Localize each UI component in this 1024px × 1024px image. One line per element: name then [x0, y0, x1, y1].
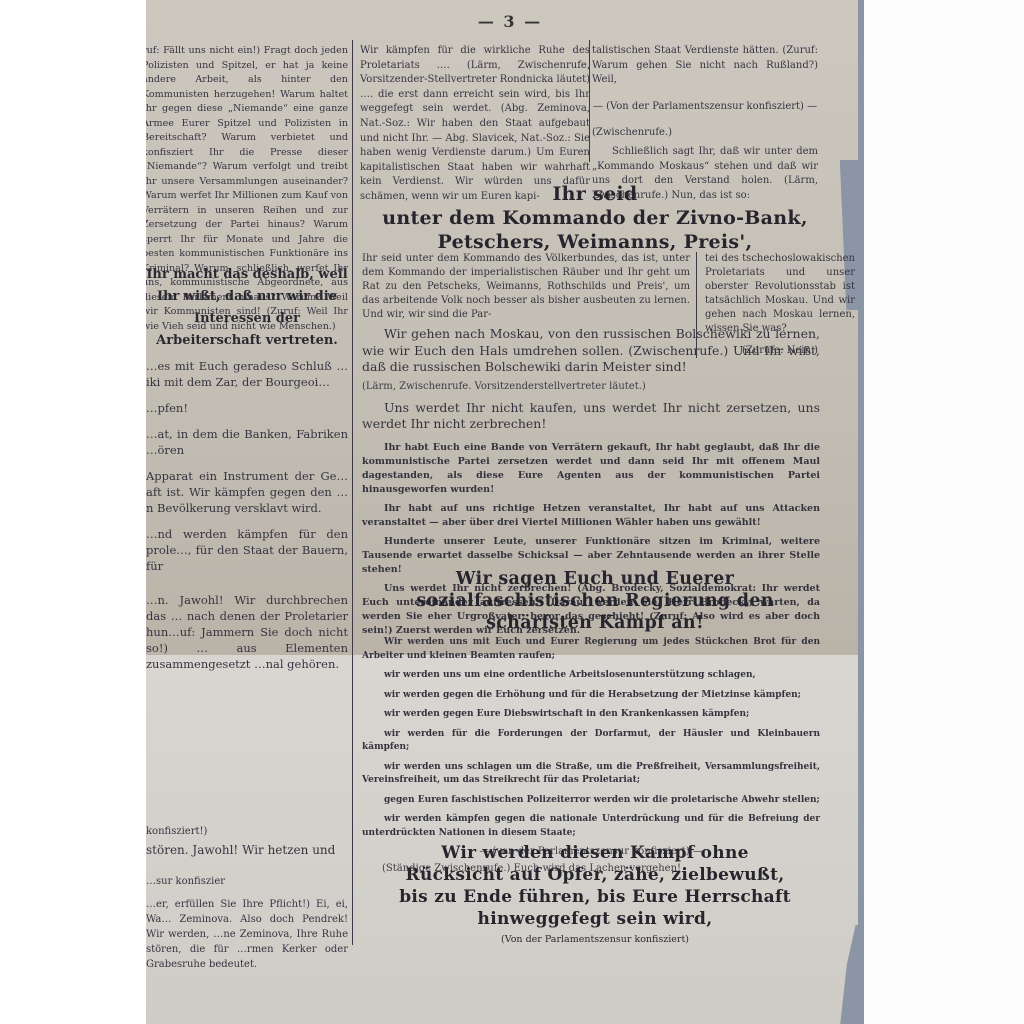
left-lower-fragment: …er, erfüllen Sie Ihre Pflicht!) Ei, ei,…: [146, 897, 348, 972]
middle-paragraph: Wir kämpfen für die wirkliche Ruhe des P…: [360, 44, 590, 205]
pledge-item: wir werden uns um eine ordentliche Arbei…: [362, 669, 820, 683]
right-paragraph: (Zwischenrufe.): [592, 126, 818, 141]
headline-kampf: Wir sagen Euch und Euerer sozialfaschist…: [360, 568, 830, 634]
body-paragraph: Ihr habt auf uns richtige Hetzen veranst…: [362, 502, 820, 530]
left-fragment: …nd werden kämpfen für den prole…, für d…: [146, 526, 348, 574]
pledge-item: wir werden gegen die Erhöhung und für di…: [362, 689, 820, 703]
pledge-item: wir werden kämpfen gegen die nationale U…: [362, 813, 820, 840]
page-number: — 3 —: [475, 12, 545, 31]
headline-kommando: Ihr seid unter dem Kommando der Zivno-Ba…: [360, 182, 830, 254]
pledge-item: wir werden uns schlagen um die Straße, u…: [362, 761, 820, 788]
left-fragment: …pfen!: [146, 400, 348, 416]
pledge-item: gegen Euren faschistischen Polizeiterror…: [362, 794, 820, 808]
background-white: [860, 0, 1024, 1024]
left-fragment: Apparat ein Instrument der Ge…aft ist. W…: [146, 468, 348, 516]
body-paragraph: Wir gehen nach Moskau, von den russische…: [362, 326, 820, 376]
body-paragraph: Uns werdet Ihr nicht kaufen, uns werdet …: [362, 400, 820, 433]
body-note: (Lärm, Zwischenrufe. Vorsitzenderstellve…: [362, 381, 820, 392]
headline-herrschaft: Wir werden diesen Kampf ohne Rücksicht a…: [360, 842, 830, 930]
pledge-item: wir werden für die Forderungen der Dorfa…: [362, 728, 820, 755]
pledge-item: Wir werden uns mit Euch und Eurer Regier…: [362, 636, 820, 663]
column-rule-left: [352, 40, 353, 945]
censor-note: — (Von der Parlamentszensur konfisziert)…: [592, 100, 818, 115]
left-fragment: …n. Jawohl! Wir durchbrechen das … nach …: [146, 592, 348, 672]
left-lower-fragment: konfisziert!): [146, 824, 348, 839]
left-lower-fragment: …sur konfiszier: [146, 874, 348, 889]
body-paragraph: Ihr habt Euch eine Bande von Verrätern g…: [362, 441, 820, 497]
left-lower-fragment: stören. Jawohl! Wir hetzen und: [146, 843, 348, 858]
right-paragraph: talistischen Staat Verdienste hätten. (Z…: [592, 44, 818, 88]
left-column-bottom: konfisziert!) stören. Jawohl! Wir hetzen…: [146, 824, 348, 976]
censor-note-bottom: (Von der Parlamentszensur konfisziert): [360, 934, 830, 945]
left-heading: Ihr macht das deshalb, weil Ihr wißt, da…: [146, 264, 348, 352]
left-fragment: …es mit Euch geradeso Schluß …iki mit de…: [146, 358, 348, 390]
pledge-item: wir werden gegen Eure Diebswirtschaft in…: [362, 708, 820, 722]
left-fragment: …at, in dem die Banken, Fabriken …ören: [146, 426, 348, 458]
left-column-lower: …es mit Euch geradeso Schluß …iki mit de…: [146, 358, 348, 676]
